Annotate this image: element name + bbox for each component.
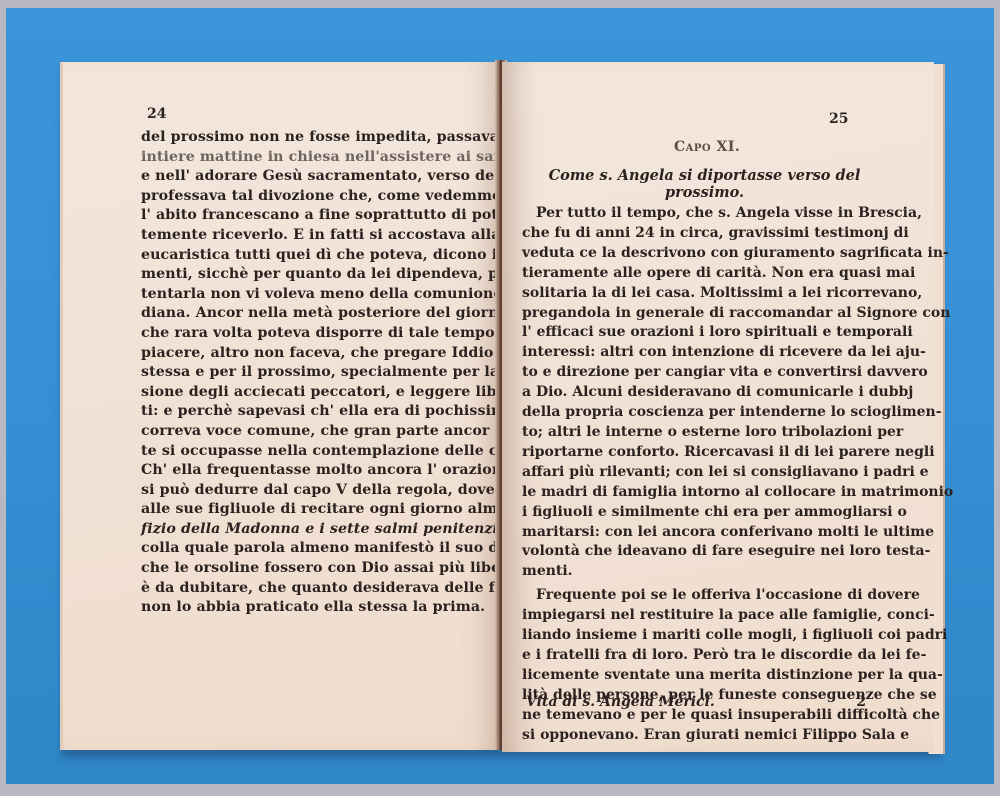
text-line: solitaria la di lei casa. Moltissimi a l… [522,284,886,304]
text-line: intiere mattine in chiesa nell'assistere… [141,148,497,168]
text-line: le madri di famiglia intorno al collocar… [522,483,886,503]
text-line: liando insieme i mariti colle mogli, i f… [522,626,886,646]
text-line: a Dio. Alcuni desideravano di comunicarl… [522,383,886,403]
text-line: i figliuoli e similmente chi era per amm… [522,503,886,523]
text-line: menti. [522,562,886,582]
text-line: fizio della Madonna e i sette salmi peni… [141,520,497,540]
page-footer: Vita di s. Angela Merici. 2 [526,694,886,710]
text-line: tieramente alle opere di carità. Non era… [522,264,886,284]
text-line: volontà che ideavano di fare eseguire ne… [522,542,886,562]
text-line: temente riceverlo. E in fatti si accosta… [141,226,497,246]
text-line: correva voce comune, che gran parte anco… [141,422,497,442]
text-line: alle sue figliuole di recitare ogni gior… [141,500,497,520]
text-line: interessi: altri con intenzione di ricev… [522,343,886,363]
text-line: Frequente poi se le offeriva l'occasione… [522,586,886,606]
text-line: che fu di anni 24 in circa, gravissimi t… [522,224,886,244]
signature-mark: 2 [856,694,866,710]
text-line: del prossimo non ne fosse impedita, pass… [141,128,497,148]
text-line: tentarla non vi voleva meno della comuni… [141,285,497,305]
text-line: impiegarsi nel restituire la pace alle f… [522,606,886,626]
text-line: te si occupasse nella contemplazione del… [141,442,497,462]
text-line: che rara volta poteva disporre di tale t… [141,324,497,344]
text-line: Per tutto il tempo, che s. Angela visse … [522,204,886,224]
left-page-text: del prossimo non ne fosse impedita, pass… [141,128,497,618]
text-line: sione degli acciecati peccatori, e legge… [141,383,497,403]
text-line: si può dedurre dal capo V della regola, … [141,481,497,501]
text-line: maritarsi: con lei ancora conferivano mo… [522,523,886,543]
chapter-heading: Capo XI. [674,139,740,155]
right-page: 25 Capo XI. Come s. Angela si diportasse… [502,62,934,752]
text-line: veduta ce la descrivono con giuramento s… [522,244,886,264]
text-line: colla quale parola almeno manifestò il s… [141,539,497,559]
left-page: 24 del prossimo non ne fosse impedita, p… [60,62,503,750]
text-line: è da dubitare, che quanto desiderava del… [141,579,497,599]
text-line: non lo abbia praticato ella stessa la pr… [141,598,497,618]
text-line: menti, sicchè per quanto da lei dipendev… [141,265,497,285]
text-line: riportarne conforto. Ricercavasi il di l… [522,443,886,463]
text-line: eucaristica tutti quei dì che poteva, di… [141,246,497,266]
right-page-text: Per tutto il tempo, che s. Angela visse … [522,204,886,745]
text-line: ti: e perchè sapevasi ch' ella era di po… [141,402,497,422]
text-line: piacere, altro non faceva, che pregare I… [141,344,497,364]
text-line: l' efficaci sue orazioni i loro spiritua… [522,323,886,343]
text-line: licemente sventate una merita distinzion… [522,666,886,686]
text-line: to; altri le interne o esterne loro trib… [522,423,886,443]
text-line: e i fratelli fra di loro. Però tra le di… [522,646,886,666]
footer-book-title: Vita di s. Angela Merici. [526,694,715,710]
text-line: si opponevano. Eran giurati nemici Filip… [522,726,886,746]
text-line: e nell' adorare Gesù sacramentato, verso… [141,167,497,187]
chapter-title: Come s. Angela si diportasse verso del p… [522,167,887,201]
text-line: Ch' ella frequentasse molto ancora l' or… [141,461,497,481]
page-number-left: 24 [147,106,166,122]
text-line: pregandola in generale di raccomandar al… [522,304,886,324]
page-number-right: 25 [829,111,848,127]
text-line: to e direzione per cangiar vita e conver… [522,363,886,383]
text-line: della propria coscienza per intenderne l… [522,403,886,423]
text-line: che le orsoline fossero con Dio assai pi… [141,559,497,579]
text-line: l' abito francescano a fine soprattutto … [141,206,497,226]
text-line: stessa e per il prossimo, specialmente p… [141,363,497,383]
text-line: diana. Ancor nella metà posteriore del g… [141,304,497,324]
text-line: professava tal divozione che, come vedem… [141,187,497,207]
text-line: affari più rilevanti; con lei si consigl… [522,463,886,483]
